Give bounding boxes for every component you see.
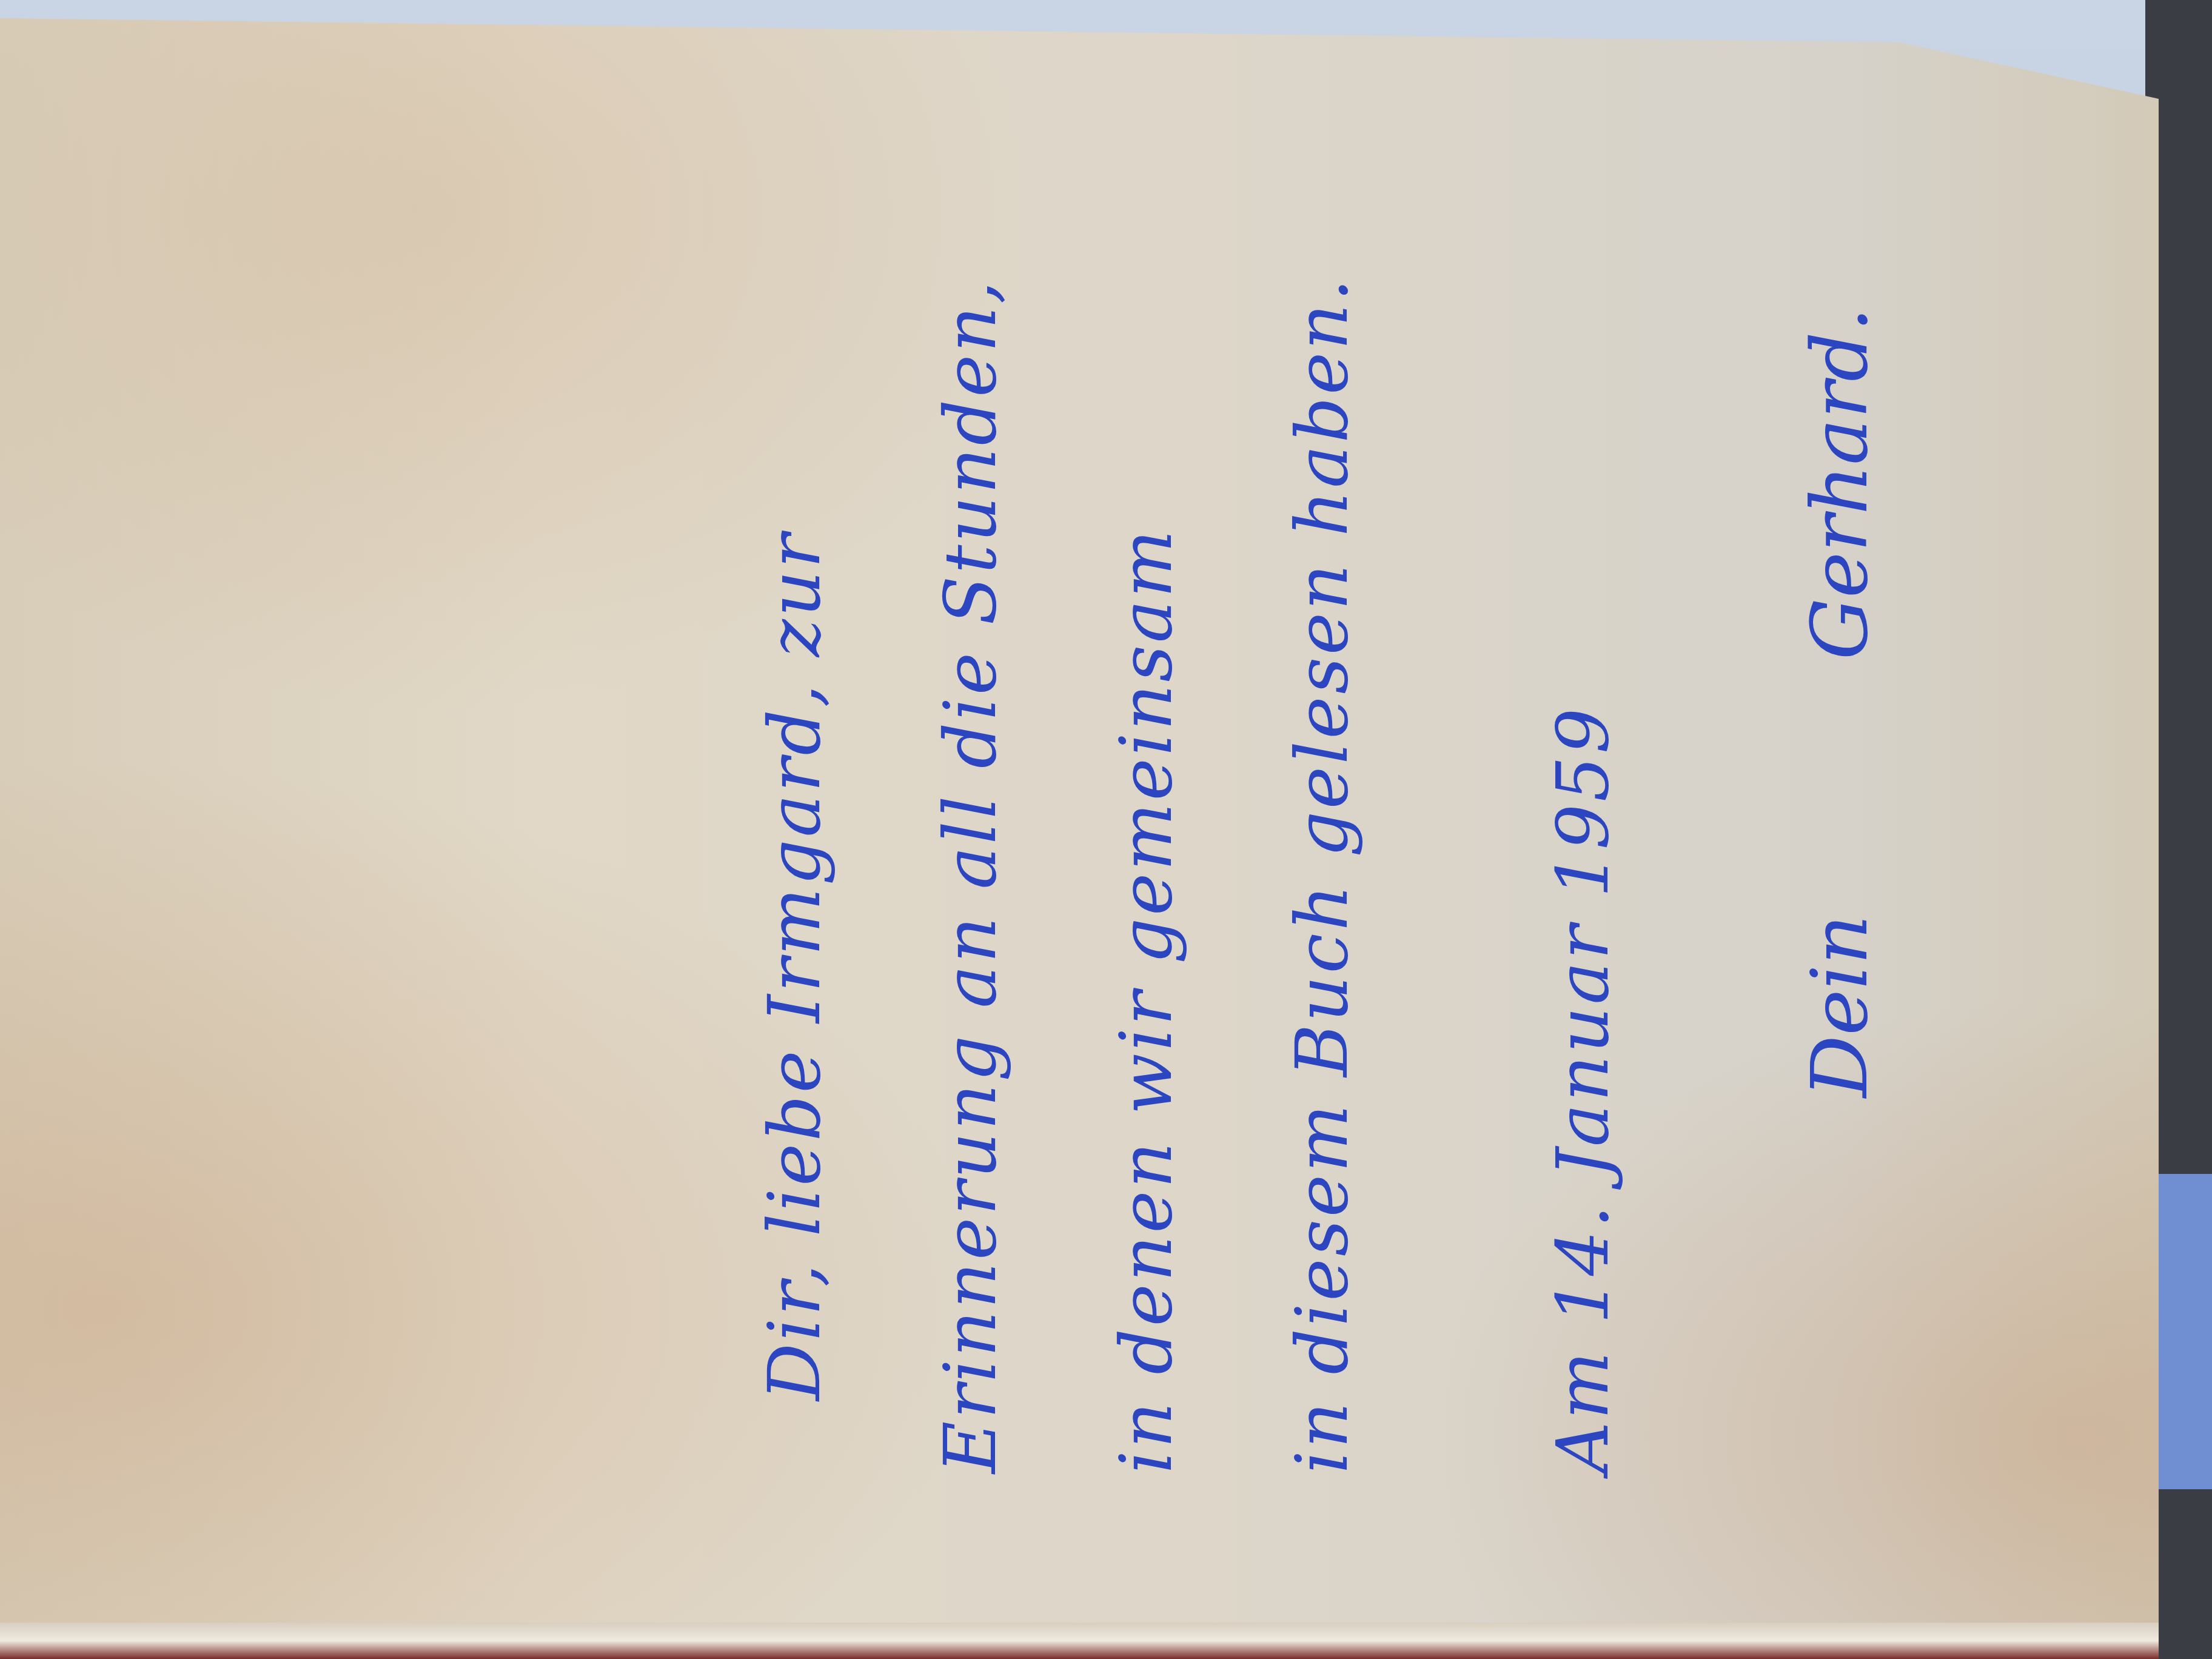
dedication-line-3: in denen wir gemeinsam <box>1058 139 1234 1473</box>
dedication-line-1: Dir, liebe Irmgard, zur <box>706 139 882 1473</box>
signature-name: Gerhard. <box>1780 307 1901 660</box>
dedication-line-4: in diesem Buch gelesen haben. <box>1234 139 1410 1473</box>
signature-block: Dein Gerhard. <box>1780 139 1901 1473</box>
dedication-date: Am 14. Januar 1959 <box>1495 139 1671 1473</box>
dedication-block: Dir, liebe Irmgard, zur Erinnerung an al… <box>606 139 2001 1473</box>
background-blue-surface <box>2157 1174 2212 1489</box>
photo-scene: Dir, liebe Irmgard, zur Erinnerung an al… <box>0 0 2212 1659</box>
closing-word: Dein <box>1780 914 1901 1098</box>
book-flyleaf-page: Dir, liebe Irmgard, zur Erinnerung an al… <box>0 18 2159 1631</box>
book-page-edge <box>0 1623 2159 1659</box>
dedication-text-rotated: Dir, liebe Irmgard, zur Erinnerung an al… <box>706 139 1901 1473</box>
dedication-line-2: Erinnerung an all die Stunden, <box>882 139 1058 1473</box>
